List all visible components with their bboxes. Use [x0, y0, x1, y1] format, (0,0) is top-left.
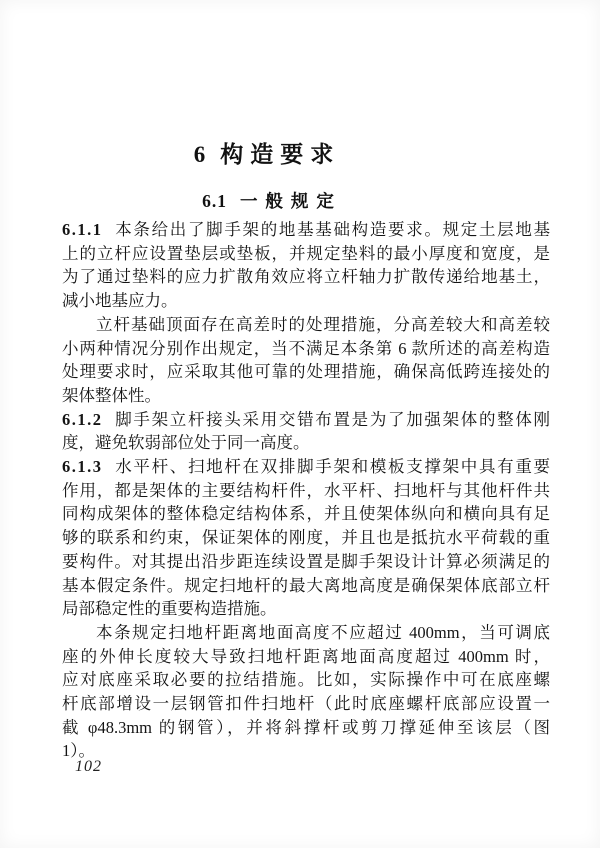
text-line: 处理要求时，应采取其他可靠的处理措施，确保高低跨连接处的 — [62, 360, 550, 384]
text-line: 减小地基应力。 — [62, 289, 550, 313]
text-line: 上的立杆应设置垫层或垫板，并规定垫料的最小厚度和宽度，是 — [62, 242, 550, 266]
text-line: 架体整体性。 — [62, 384, 550, 408]
text-line: 小两种情况分别作出规定，当不满足本条第 6 款所述的高差构造 — [62, 337, 550, 361]
clause-number: 6.1.3 — [62, 457, 103, 476]
text-line: 应对底座采取必要的拉结措施。比如，实际操作中可在底座螺 — [62, 668, 550, 692]
text-line: 6.1.3水平杆、扫地杆在双排脚手架和模板支撑架中具有重要 — [62, 455, 550, 479]
document-page: 6构造要求 6.1一般规定 6.1.1本条给出了脚手架的地基基础构造要求。规定土… — [0, 0, 600, 848]
text-line: 6.1.1本条给出了脚手架的地基基础构造要求。规定土层地基 — [62, 218, 550, 242]
text-line: 本条规定扫地杆距离地面高度不应超过 400mm，当可调底 — [62, 621, 550, 645]
chapter-title-text: 构造要求 — [220, 142, 340, 167]
clause-number: 6.1.2 — [62, 410, 103, 429]
text-line: 立杆基础顶面存在高差时的处理措施，分高差较大和高差较 — [62, 313, 550, 337]
text-line: 1）。 — [62, 739, 550, 763]
section-number: 6.1 — [202, 191, 227, 211]
text-line: 同构成架体的整体稳定结构体系，并且使架体纵向和横向具有足 — [62, 502, 550, 526]
section-title-text: 一般规定 — [240, 191, 342, 211]
text-line: 够的联系和约束，保证架体的刚度，并且也是抵抗水平荷载的重 — [62, 526, 550, 550]
text-line: 要构件。对其提出沿步距连续设置是脚手架设计计算必须满足的 — [62, 550, 550, 574]
text-line: 杆底部增设一层钢管扣件扫地杆（此时底座螺杆底部应设置一 — [62, 692, 550, 716]
clause-number: 6.1.1 — [62, 220, 103, 239]
chapter-heading: 6构造要求 — [194, 136, 341, 169]
text-line: 度，避免软弱部位处于同一高度。 — [62, 431, 550, 455]
body-text: 6.1.1本条给出了脚手架的地基基础构造要求。规定土层地基上的立杆应设置垫层或垫… — [62, 218, 550, 763]
page-number: 102 — [75, 758, 102, 776]
text-line: 座的外伸长度较大导致扫地杆距离地面高度超过 400mm 时， — [62, 645, 550, 669]
text-line: 截 φ48.3mm 的钢管），并将斜撑杆或剪刀撑延伸至该层（图 — [62, 716, 550, 740]
text-line: 6.1.2脚手架立杆接头采用交错布置是为了加强架体的整体刚 — [62, 408, 550, 432]
chapter-number: 6 — [194, 142, 206, 167]
text-line: 为了通过垫料的应力扩散角效应将立杆轴力扩散传递给地基土， — [62, 265, 550, 289]
section-heading: 6.1一般规定 — [202, 188, 342, 213]
text-line: 基本假定条件。规定扫地杆的最大离地高度是确保架体底部立杆 — [62, 574, 550, 598]
text-line: 局部稳定性的重要构造措施。 — [62, 597, 550, 621]
text-line: 作用，都是架体的主要结构杆件，水平杆、扫地杆与其他杆件共 — [62, 479, 550, 503]
